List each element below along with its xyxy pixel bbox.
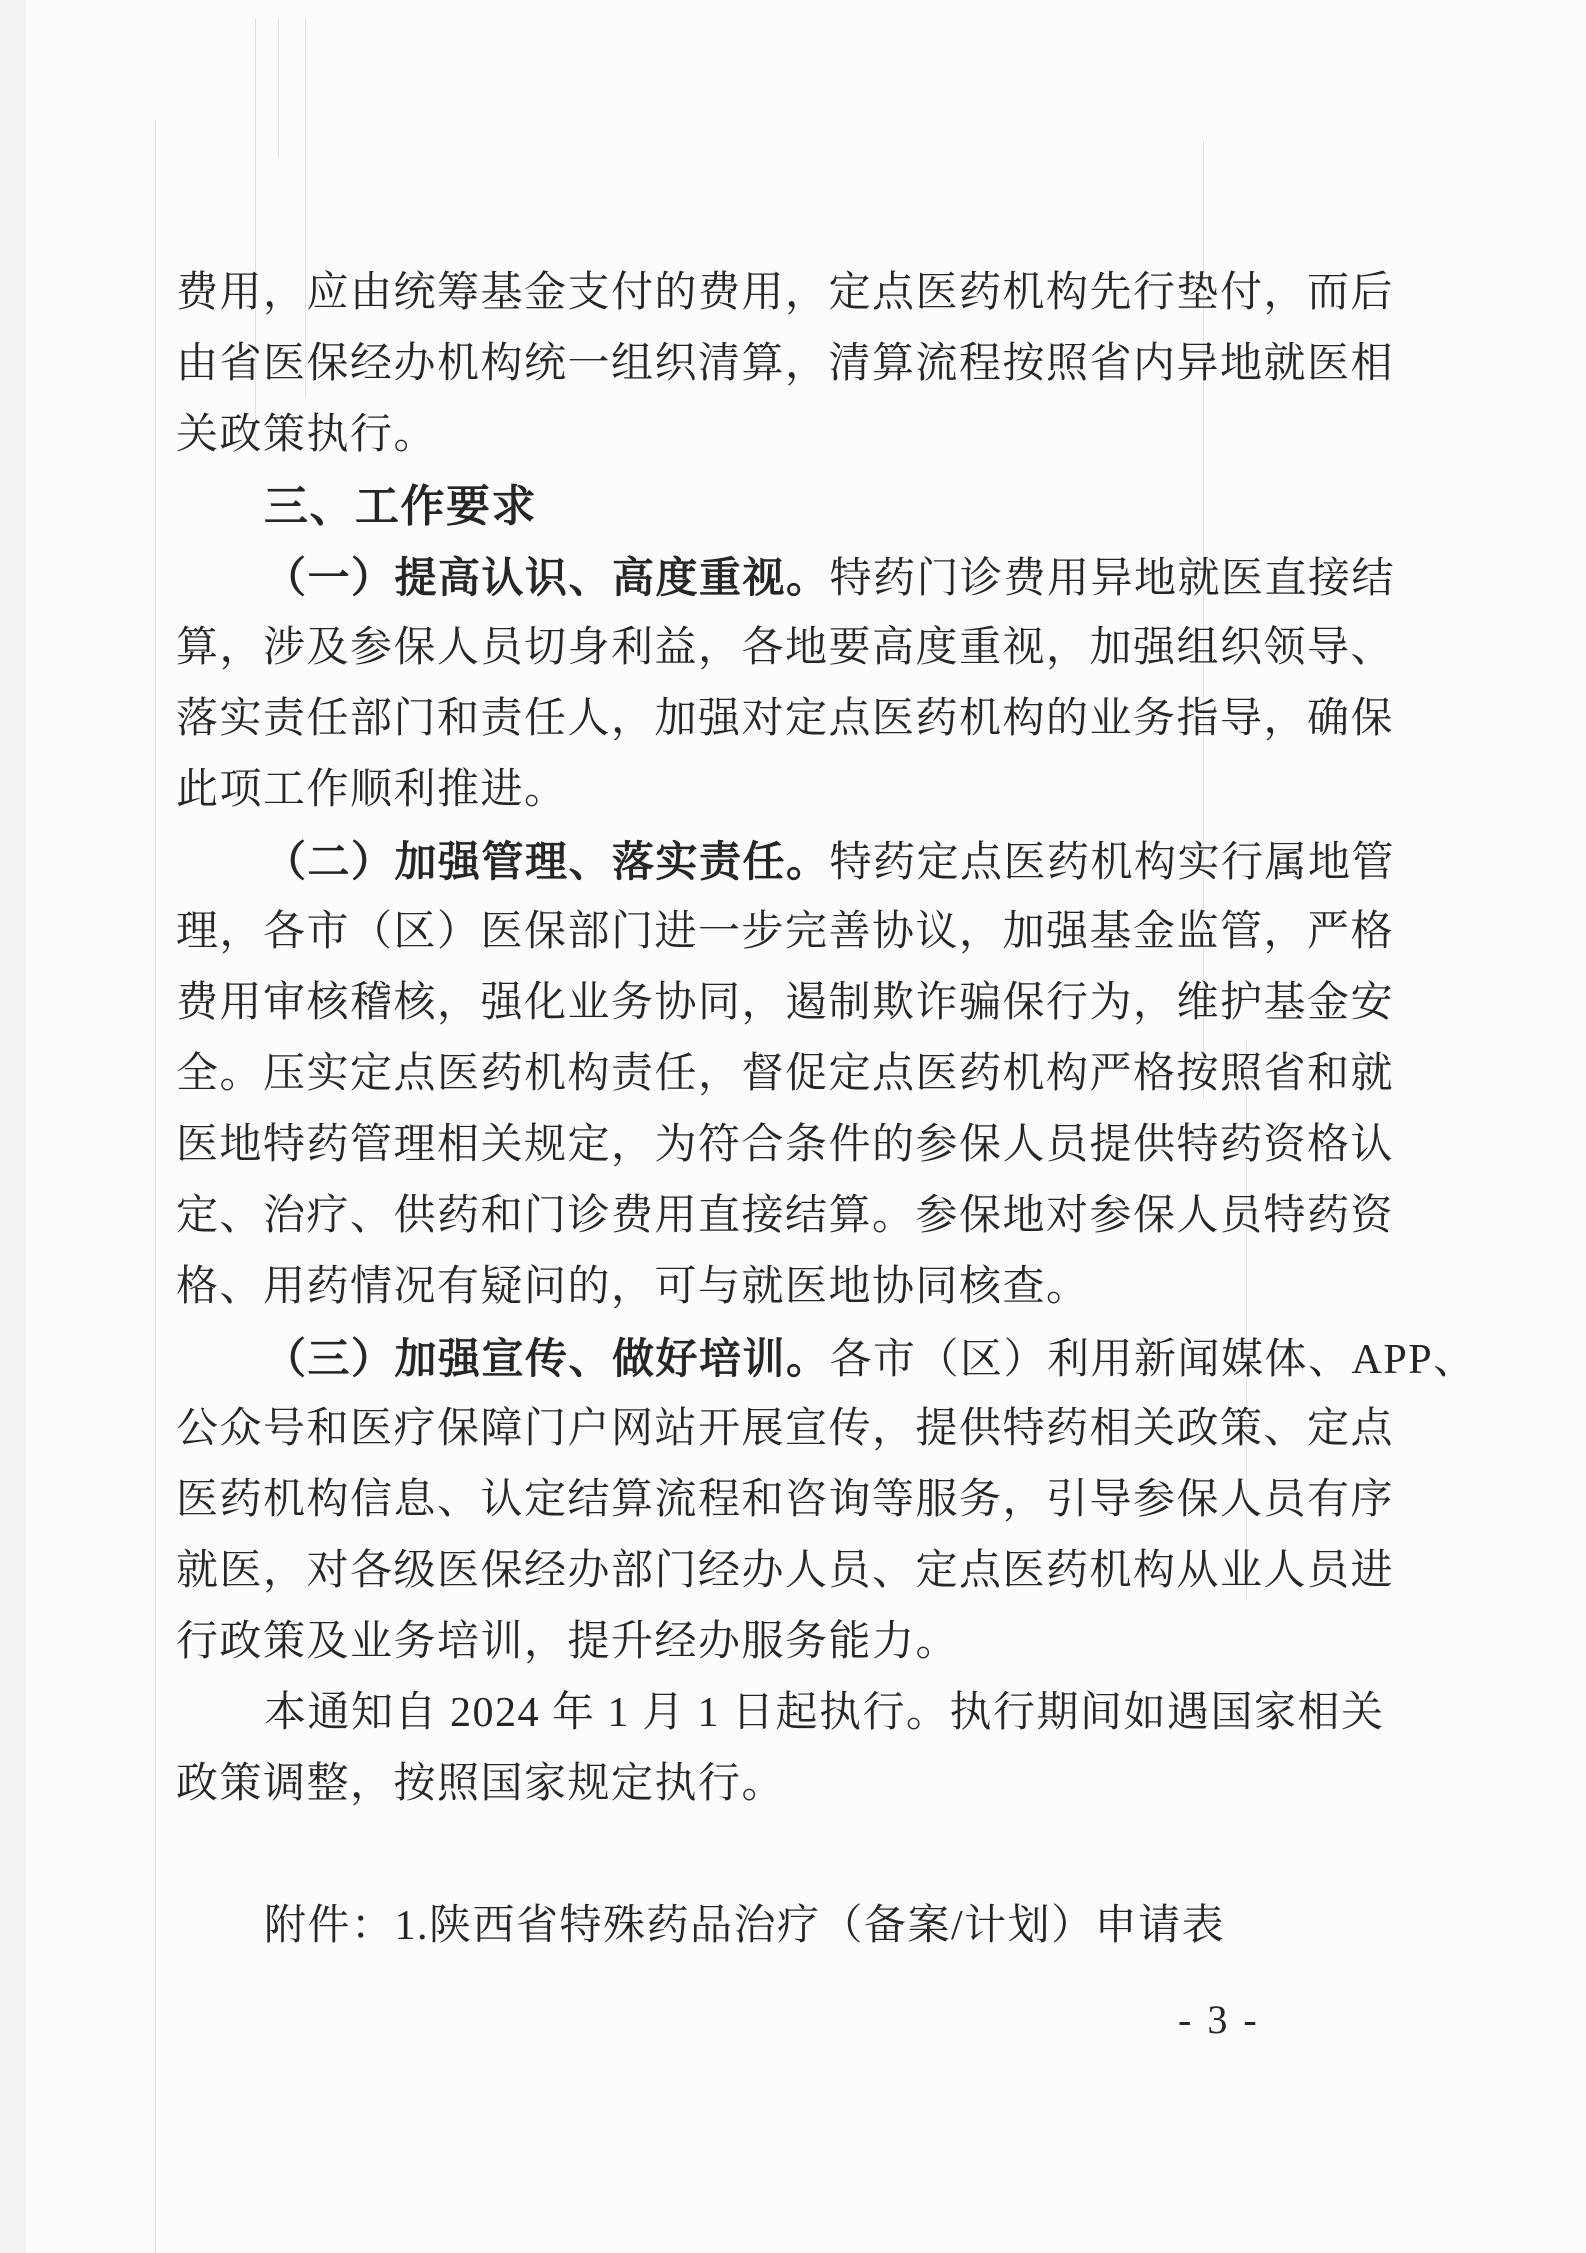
- text-run: 定、治疗、供药和门诊费用直接结算。参保地对参保人员特药资: [176, 1193, 1394, 1239]
- text-run: 医地特药管理相关规定，为符合条件的参保人员提供特药资格认: [176, 1122, 1394, 1168]
- text-line: （三）加强宣传、做好培训。各市（区）利用新闻媒体、APP、: [176, 1323, 1416, 1394]
- text-line: 落实责任部门和责任人，加强对定点医药机构的业务指导，确保: [176, 684, 1416, 755]
- scan-edge-band: [0, 0, 26, 2253]
- text-run: 各市（区）利用新闻媒体、APP、: [830, 1337, 1477, 1383]
- text-line: 理，各市（区）医保部门进一步完善协议，加强基金监管，严格: [176, 897, 1416, 968]
- text-run: 特药门诊费用异地就医直接结: [830, 556, 1396, 602]
- text-line: 定、治疗、供药和门诊费用直接结算。参保地对参保人员特药资: [176, 1181, 1416, 1252]
- blank-line: [176, 1820, 1416, 1891]
- text-line: 行政策及业务培训，提升经办服务能力。: [176, 1607, 1416, 1678]
- text-run: 落实责任部门和责任人，加强对定点医药机构的业务指导，确保: [176, 696, 1394, 742]
- text-run: 就医，对各级医保经办部门经办人员、定点医药机构从业人员进: [176, 1548, 1394, 1594]
- text-line: 由省医保经办机构统一组织清算，清算流程按照省内异地就医相: [176, 329, 1416, 400]
- text-line: 本通知自 2024 年 1 月 1 日起执行。执行期间如遇国家相关: [176, 1678, 1416, 1749]
- document-page: 费用，应由统筹基金支付的费用，定点医药机构先行垫付，而后由省医保经办机构统一组织…: [0, 0, 1586, 2253]
- text-run: 本通知自 2024 年 1 月 1 日起执行。执行期间如遇国家相关: [264, 1690, 1385, 1736]
- scan-artifact-line: [278, 18, 279, 158]
- text-line: 此项工作顺利推进。: [176, 755, 1416, 826]
- page-number: - 3 -: [1178, 1996, 1260, 2043]
- section-heading: 三、工作要求: [176, 471, 1416, 542]
- text-run: 特药定点医药机构实行属地管: [830, 840, 1396, 886]
- text-run: 政策调整，按照国家规定执行。: [176, 1761, 785, 1807]
- text-run: 关政策执行。: [176, 412, 437, 458]
- bold-run: （三）加强宣传、做好培训。: [264, 1335, 830, 1382]
- text-run: 格、用药情况有疑问的，可与就医地协同核查。: [176, 1264, 1090, 1310]
- text-run: 算，涉及参保人员切身利益，各地要高度重视，加强组织领导、: [176, 625, 1394, 671]
- text-line: 医地特药管理相关规定，为符合条件的参保人员提供特药资格认: [176, 1110, 1416, 1181]
- text-run: 理，各市（区）医保部门进一步完善协议，加强基金监管，严格: [176, 909, 1394, 955]
- bold-run: 三、工作要求: [264, 482, 537, 531]
- document-body: 费用，应由统筹基金支付的费用，定点医药机构先行垫付，而后由省医保经办机构统一组织…: [176, 258, 1416, 1962]
- text-run: 全。压实定点医药机构责任，督促定点医药机构严格按照省和就: [176, 1051, 1394, 1097]
- text-run: 公众号和医疗保障门户网站开展宣传，提供特药相关政策、定点: [176, 1406, 1394, 1452]
- text-line: 公众号和医疗保障门户网站开展宣传，提供特药相关政策、定点: [176, 1394, 1416, 1465]
- text-line: 费用，应由统筹基金支付的费用，定点医药机构先行垫付，而后: [176, 258, 1416, 329]
- text-run: 医药机构信息、认定结算流程和咨询等服务，引导参保人员有序: [176, 1477, 1394, 1523]
- text-run: 费用审核稽核，强化业务协同，遏制欺诈骗保行为，维护基金安: [176, 980, 1394, 1026]
- text-line: 算，涉及参保人员切身利益，各地要高度重视，加强组织领导、: [176, 613, 1416, 684]
- bold-run: （一）提高认识、高度重视。: [264, 554, 830, 601]
- text-line: 附件：1.陕西省特殊药品治疗（备案/计划）申请表: [176, 1891, 1416, 1962]
- text-run: 由省医保经办机构统一组织清算，清算流程按照省内异地就医相: [176, 341, 1394, 387]
- text-line: 费用审核稽核，强化业务协同，遏制欺诈骗保行为，维护基金安: [176, 968, 1416, 1039]
- bold-run: （二）加强管理、落实责任。: [264, 838, 830, 885]
- text-line: 就医，对各级医保经办部门经办人员、定点医药机构从业人员进: [176, 1536, 1416, 1607]
- text-run: 附件：1.陕西省特殊药品治疗（备案/计划）申请表: [264, 1903, 1225, 1949]
- text-line: 全。压实定点医药机构责任，督促定点医药机构严格按照省和就: [176, 1039, 1416, 1110]
- text-run: 行政策及业务培训，提升经办服务能力。: [176, 1619, 959, 1665]
- text-run: 此项工作顺利推进。: [176, 767, 568, 813]
- text-run: 费用，应由统筹基金支付的费用，定点医药机构先行垫付，而后: [176, 270, 1394, 316]
- text-line: （一）提高认识、高度重视。特药门诊费用异地就医直接结: [176, 542, 1416, 613]
- scan-artifact-line: [155, 120, 156, 2253]
- text-line: 医药机构信息、认定结算流程和咨询等服务，引导参保人员有序: [176, 1465, 1416, 1536]
- text-line: 政策调整，按照国家规定执行。: [176, 1749, 1416, 1820]
- text-line: （二）加强管理、落实责任。特药定点医药机构实行属地管: [176, 826, 1416, 897]
- text-line: 关政策执行。: [176, 400, 1416, 471]
- text-line: 格、用药情况有疑问的，可与就医地协同核查。: [176, 1252, 1416, 1323]
